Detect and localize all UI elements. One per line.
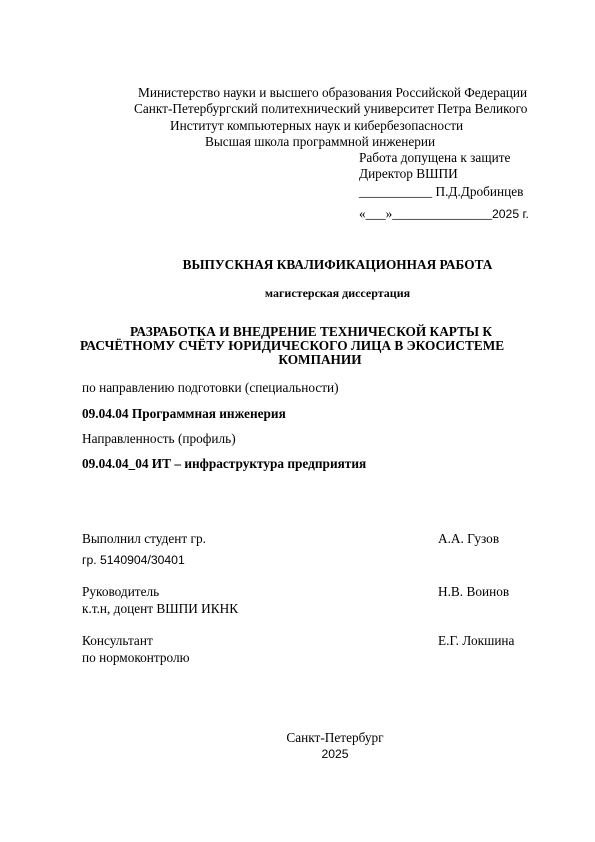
consultant-name: Е.Г. Локшина (438, 633, 514, 649)
direction-value: 09.04.04 Программная инженерия (82, 406, 286, 422)
approval-position: Директор ВШПИ (359, 166, 458, 182)
supervisor-role: Руководитель (82, 584, 159, 600)
thesis-topic: РАЗРАБОТКА И ВНЕДРЕНИЕ ТЕХНИЧЕСКОЙ КАРТЫ… (80, 325, 595, 367)
institute-name: Институт компьютерных наук и кибербезопа… (170, 118, 463, 134)
topic-line-3: КОМПАНИИ (80, 353, 595, 367)
date-year: 2025 г. (492, 207, 529, 221)
student-name: А.А. Гузов (438, 531, 499, 547)
approval-date-row: «___»_______________2025 г. (359, 206, 529, 222)
date-open-quote: « (359, 206, 366, 221)
supervisor-name: Н.В. Воинов (438, 584, 509, 600)
approval-admitted: Работа допущена к защите (359, 150, 510, 166)
university-name: Санкт-Петербургский политехнический унив… (134, 101, 527, 117)
topic-line-1: РАЗРАБОТКА И ВНЕДРЕНИЕ ТЕХНИЧЕСКОЙ КАРТЫ… (80, 325, 595, 339)
profile-value: 09.04.04_04 ИТ – инфраструктура предприя… (82, 456, 366, 472)
consultant-role: Консультант (82, 633, 153, 649)
direction-label: по направлению подготовки (специальности… (82, 380, 339, 396)
approval-signature-row: ___________ П.Д.Дробинцев (359, 184, 523, 200)
date-day-blank: ___ (366, 206, 386, 221)
footer-city: Санкт-Петербург (0, 730, 595, 746)
work-type-title: ВЫПУСКНАЯ КВАЛИФИКАЦИОННАЯ РАБОТА (0, 257, 595, 273)
signature-blank: ___________ (359, 184, 432, 199)
profile-label: Направленность (профиль) (82, 431, 236, 447)
topic-line-2: РАСЧЁТНОМУ СЧЁТУ ЮРИДИЧЕСКОГО ЛИЦА В ЭКО… (80, 339, 595, 353)
consultant-title: по нормоконтролю (82, 650, 190, 666)
student-group: гр. 5140904/30401 (82, 552, 185, 568)
footer-year: 2025 (0, 746, 595, 762)
date-month-blank: _______________ (392, 206, 492, 221)
director-name: П.Д.Дробинцев (435, 184, 523, 199)
ministry-name: Министерство науки и высшего образования… (138, 85, 527, 101)
degree-subtitle: магистерская диссертация (0, 285, 595, 301)
student-role: Выполнил студент гр. (82, 531, 206, 547)
school-name: Высшая школа программной инженерии (205, 134, 435, 150)
supervisor-title: к.т.н, доцент ВШПИ ИКНК (82, 601, 238, 617)
